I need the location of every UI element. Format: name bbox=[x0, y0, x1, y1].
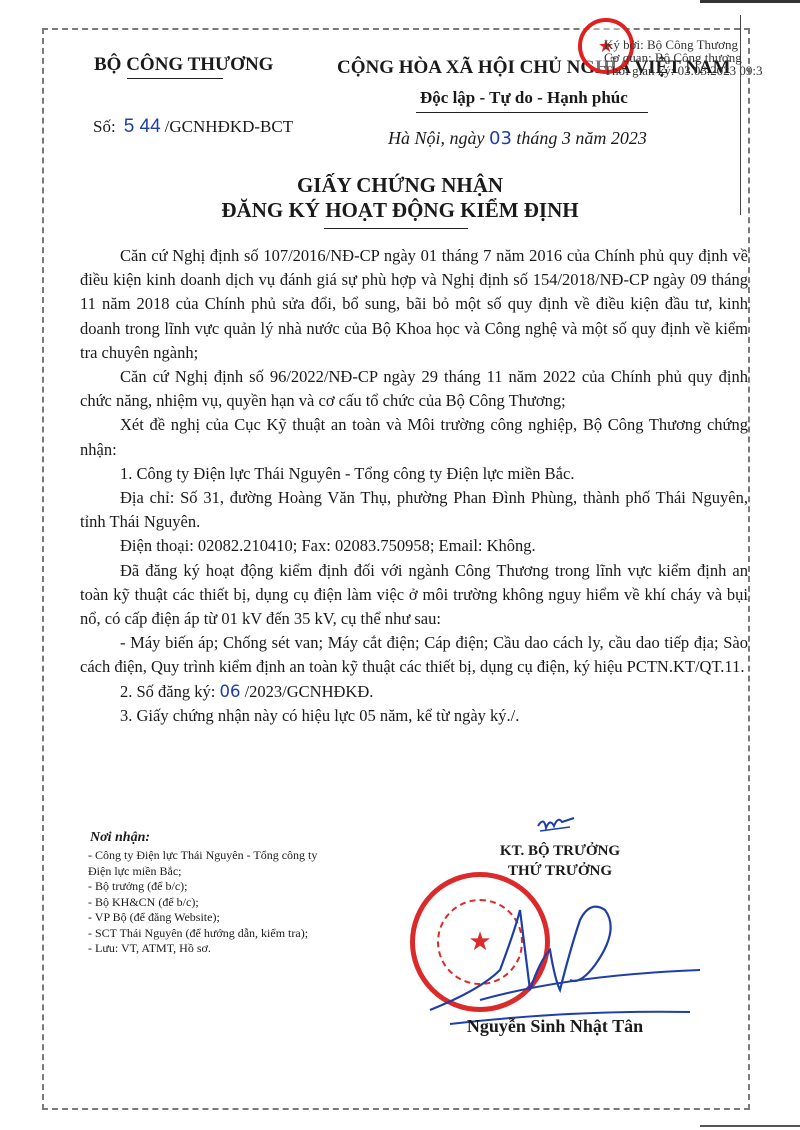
registration-prefix: 2. Số đăng ký: bbox=[120, 682, 215, 701]
registration-number: 2. Số đăng ký: 06 /2023/GCNHĐKĐ. bbox=[80, 680, 748, 704]
document-body: Căn cứ Nghị định số 107/2016/NĐ-CP ngày … bbox=[80, 244, 748, 728]
organization-underline bbox=[127, 78, 223, 79]
handwritten-signature-icon bbox=[420, 890, 700, 1030]
body-paragraph: - Máy biến áp; Chống sét van; Máy cắt đi… bbox=[80, 631, 748, 679]
signatory-authority: KT. BỘ TRƯỞNG bbox=[430, 843, 690, 860]
recipients-title: Nơi nhận: bbox=[90, 830, 150, 846]
recipients-list: - Công ty Điện lực Thái Nguyên - Tổng cô… bbox=[88, 848, 317, 957]
national-motto: Độc lập - Tự do - Hạnh phúc bbox=[420, 88, 628, 108]
document-title: GIẤY CHỨNG NHẬN bbox=[0, 173, 800, 198]
digital-signature-info: Ký bởi: Bộ Công Thương Cơ quan: Bộ Công … bbox=[604, 38, 763, 77]
date-day-handwritten: 03 bbox=[489, 128, 512, 149]
recipient-item: - Lưu: VT, ATMT, Hồ sơ. bbox=[88, 941, 317, 957]
scan-edge-top bbox=[700, 0, 800, 3]
document-number-suffix: /GCNHĐKD-BCT bbox=[165, 117, 293, 136]
date-prefix: Hà Nội, ngày bbox=[388, 128, 485, 148]
issue-date: Hà Nội, ngày 03 tháng 3 năm 2023 bbox=[388, 128, 647, 149]
recipient-item: Điện lực miền Bắc; bbox=[88, 864, 317, 880]
document-number: Số:5 44/GCNHĐKD-BCT bbox=[93, 116, 293, 138]
issuing-organization: BỘ CÔNG THƯƠNG bbox=[94, 54, 273, 76]
body-paragraph: Địa chỉ: Số 31, đường Hoàng Văn Thụ, phư… bbox=[80, 486, 748, 534]
motto-underline bbox=[416, 112, 648, 113]
recipient-item: - Bộ trưởng (để b/c); bbox=[88, 879, 317, 895]
body-paragraph: Căn cứ Nghị định số 96/2022/NĐ-CP ngày 2… bbox=[80, 365, 748, 413]
scan-edge-bottom bbox=[700, 1125, 800, 1127]
body-paragraph: Đã đăng ký hoạt động kiểm định đối với n… bbox=[80, 559, 748, 632]
date-suffix: tháng 3 năm 2023 bbox=[516, 128, 647, 148]
body-paragraph: 1. Công ty Điện lực Thái Nguyên - Tổng c… bbox=[80, 462, 748, 486]
initials-mark-icon bbox=[536, 812, 576, 832]
signer-name: Nguyễn Sinh Nhật Tân bbox=[0, 1016, 800, 1037]
document-subtitle: ĐĂNG KÝ HOẠT ĐỘNG KIỂM ĐỊNH bbox=[0, 198, 800, 223]
signing-time: Thời gian ký: 03.03.2023 09:3 bbox=[604, 64, 763, 77]
document-number-handwritten: 5 44 bbox=[124, 116, 161, 137]
title-underline bbox=[324, 228, 468, 229]
document-number-label: Số: bbox=[93, 117, 116, 136]
validity-statement: 3. Giấy chứng nhận này có hiệu lực 05 nă… bbox=[80, 704, 748, 728]
registration-suffix: /2023/GCNHĐKĐ. bbox=[245, 682, 374, 701]
recipient-item: - Công ty Điện lực Thái Nguyên - Tổng cô… bbox=[88, 848, 317, 864]
body-paragraph: Xét đề nghị của Cục Kỹ thuật an toàn và … bbox=[80, 413, 748, 461]
registration-handwritten: 06 bbox=[219, 682, 240, 701]
recipient-item: - Bộ KH&CN (để b/c); bbox=[88, 895, 317, 911]
body-paragraph: Căn cứ Nghị định số 107/2016/NĐ-CP ngày … bbox=[80, 244, 748, 365]
recipient-item: - SCT Thái Nguyên (để hướng dẫn, kiểm tr… bbox=[88, 926, 317, 942]
recipient-item: - VP Bộ (để đăng Website); bbox=[88, 910, 317, 926]
body-paragraph: Điện thoại: 02082.210410; Fax: 02083.750… bbox=[80, 534, 748, 558]
